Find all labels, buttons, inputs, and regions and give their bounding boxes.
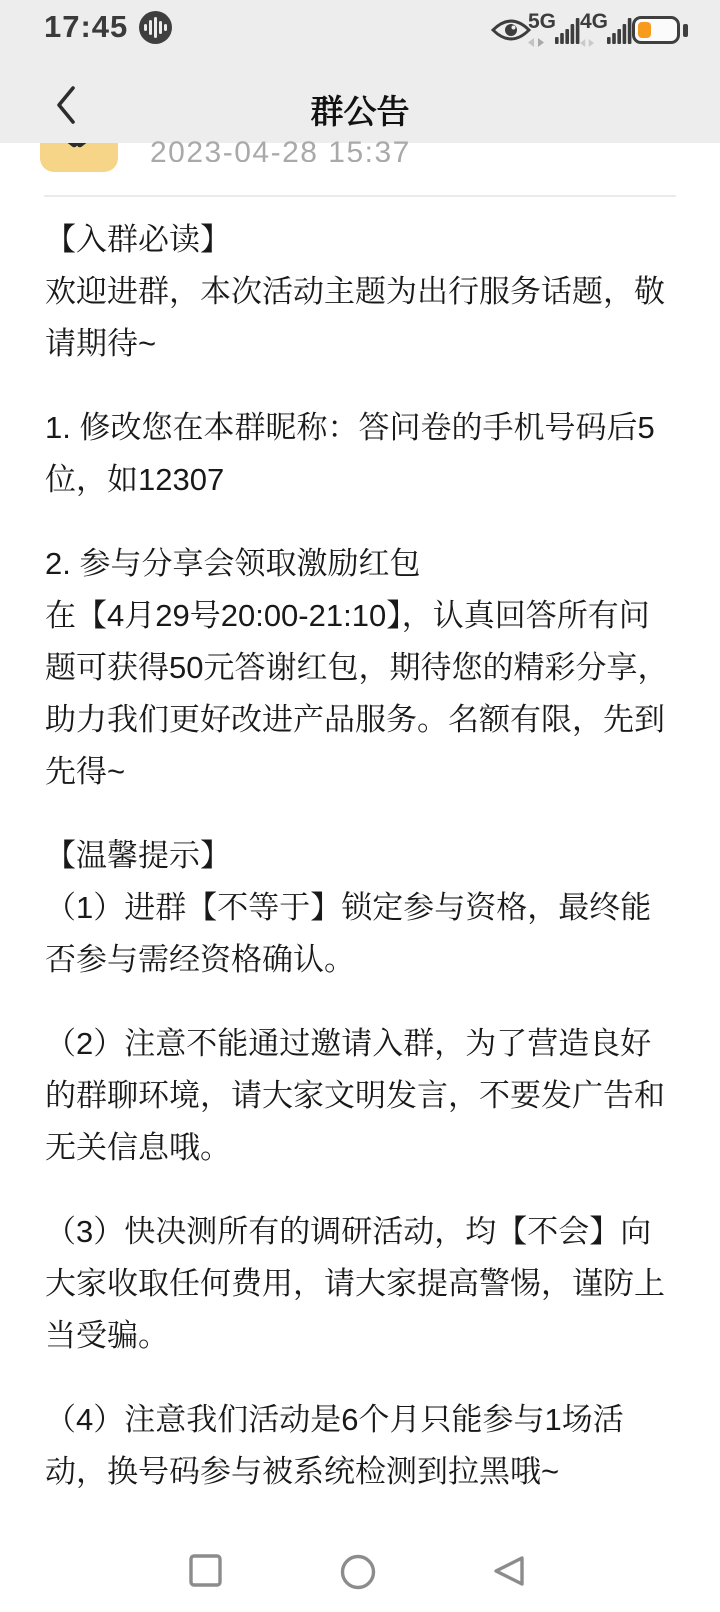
battery-level-fill [638, 22, 651, 38]
data-activity-arrows-icon [528, 34, 544, 52]
announcement-paragraph: （2）注意不能通过邀请入群，为了营造良好的群聊环境，请大家文明发言，不要发广告和… [45, 1018, 679, 1174]
signal-5g: 5G [528, 11, 580, 49]
android-nav-bar [0, 1530, 720, 1612]
announcement-paragraph: 【温馨提示】 （1）进群【不等于】锁定参与资格，最终能否参与需经资格确认。 [45, 830, 679, 986]
group-announcement-screen: 17:45 5G [0, 0, 720, 1612]
announcement-paragraph: （4）注意我们活动是6个月只能参与1场活动，换号码参与被系统检测到拉黑哦~ [45, 1394, 679, 1498]
avatar-image [40, 143, 118, 172]
post-timestamp-clip: 2023-04-28 15:37 [150, 134, 450, 162]
eye-protection-icon [490, 16, 532, 49]
announcement-paragraph: （3）快决测所有的调研活动，均【不会】向大家收取任何费用，请大家提高警惕，谨防上… [45, 1206, 679, 1362]
announcement-paragraph: 【入群必读】 欢迎进群，本次活动主题为出行服务话题，敬请期待~ [45, 214, 679, 370]
nav-home-button[interactable] [340, 1554, 376, 1595]
data-activity-arrows-icon [580, 34, 594, 52]
announcement-paragraph: 1. 修改您在本群昵称：答问卷的手机号码后5位，如12307 [45, 402, 679, 506]
status-time: 17:45 [44, 9, 128, 45]
signal-bars-4g-icon [607, 18, 632, 49]
nav-back-button[interactable] [489, 1554, 527, 1593]
top-chrome: 17:45 5G [0, 0, 720, 143]
network-type-5g-label: 5G [528, 11, 556, 32]
signal-4g: 4G [580, 11, 632, 49]
post-timestamp: 2023-04-28 15:37 [150, 134, 450, 162]
page-title: 群公告 [0, 86, 720, 133]
signal-bars-5g-icon [555, 18, 580, 49]
announcement-body: 【入群必读】 欢迎进群，本次活动主题为出行服务话题，敬请期待~ 1. 修改您在本… [45, 196, 679, 1498]
network-type-4g-label: 4G [580, 11, 608, 32]
voice-vibrate-icon [139, 11, 172, 44]
poster-avatar[interactable] [40, 143, 140, 172]
battery-icon [632, 16, 680, 44]
battery-cap [683, 24, 688, 37]
nav-recents-button[interactable] [189, 1554, 222, 1592]
announcement-paragraph: 2. 参与分享会领取激励红包 在【4月29号20:00-21:10】，认真回答所… [45, 538, 679, 798]
